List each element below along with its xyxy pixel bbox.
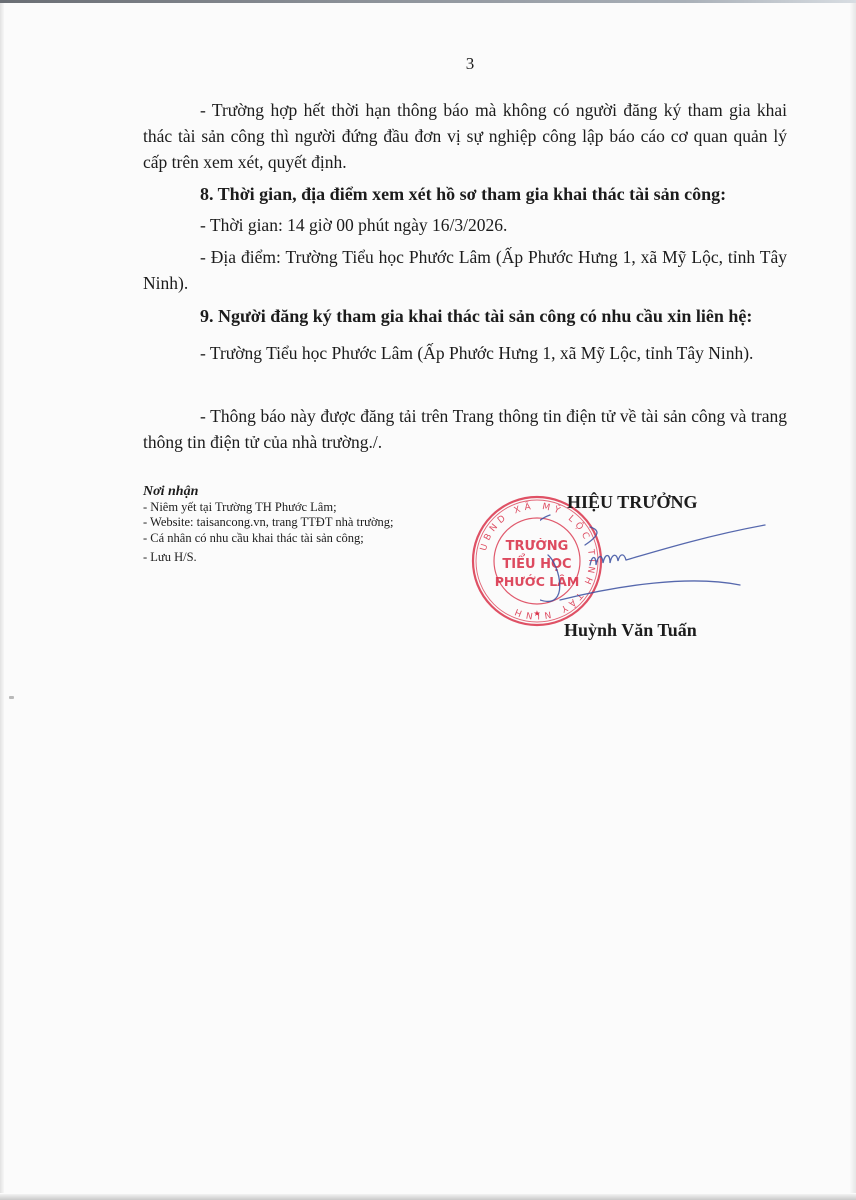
publication-note-text: - Thông báo này được đăng tải trên Trang… (143, 406, 787, 452)
handwritten-signature (540, 505, 770, 615)
expiry-note-paragraph: - Trường hợp hết thời hạn thông báo mà k… (143, 97, 787, 175)
page-right-edge (850, 3, 856, 1193)
publication-note-paragraph: - Thông báo này được đăng tải trên Trang… (143, 403, 787, 455)
section-9-contact-paragraph: - Trường Tiểu học Phước Lâm (Ấp Phước Hư… (143, 340, 787, 366)
section-8-place-paragraph: - Địa điểm: Trường Tiểu học Phước Lâm (Ấ… (143, 244, 787, 296)
recipient-item: - Website: taisancong.vn, trang TTĐT nhà… (143, 515, 394, 531)
recipient-item: - Cá nhân có nhu cầu khai thác tài sản c… (143, 531, 394, 547)
expiry-note-text: - Trường hợp hết thời hạn thông báo mà k… (143, 100, 787, 172)
recipients-title: Nơi nhận (143, 484, 394, 500)
page-number: 3 (0, 54, 856, 74)
signatory-title: HIỆU TRƯỞNG (567, 492, 698, 513)
page-left-edge (0, 3, 4, 1193)
scan-speck (9, 696, 14, 699)
page-bottom-edge (0, 1194, 856, 1200)
section-8-place-text: - Địa điểm: Trường Tiểu học Phước Lâm (Ấ… (143, 247, 787, 293)
page-top-border (0, 0, 856, 3)
section-8-time: - Thời gian: 14 giờ 00 phút ngày 16/3/20… (200, 215, 507, 236)
section-9-contact-text: - Trường Tiểu học Phước Lâm (Ấp Phước Hư… (143, 343, 753, 363)
section-9-heading: 9. Người đăng ký tham gia khai thác tài … (200, 306, 752, 327)
recipients-block: Nơi nhận - Niêm yết tại Trường TH Phước … (143, 484, 394, 566)
section-8-heading: 8. Thời gian, địa điểm xem xét hồ sơ tha… (200, 184, 726, 205)
recipient-item: - Lưu H/S. (143, 550, 394, 566)
signatory-name: Huỳnh Văn Tuấn (564, 620, 697, 641)
recipient-item: - Niêm yết tại Trường TH Phước Lâm; (143, 500, 394, 516)
